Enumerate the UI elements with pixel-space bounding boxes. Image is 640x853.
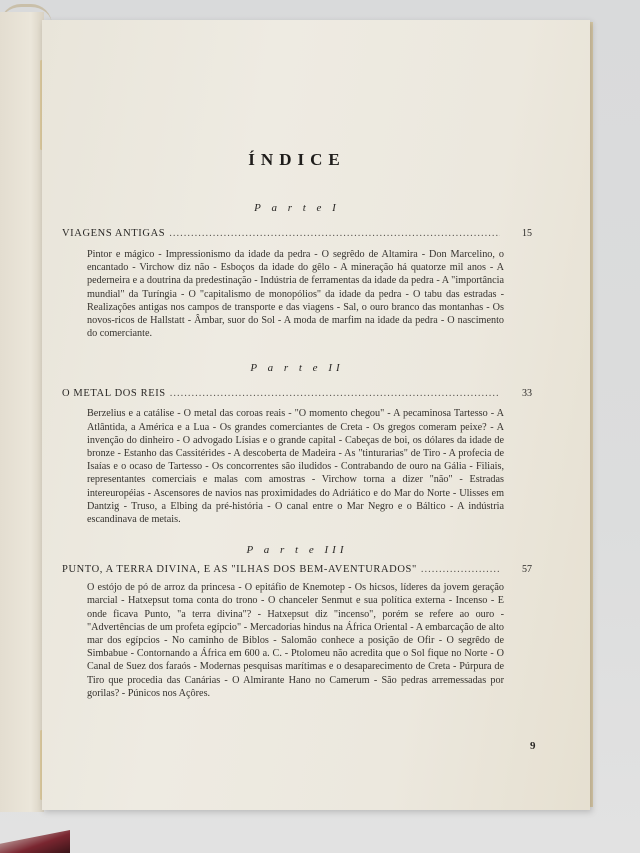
chapter-entry: O METAL DOS REIS .......................… bbox=[62, 388, 532, 399]
book-cover-corner bbox=[0, 830, 70, 853]
chapter-entry: VIAGENS ANTIGAS ........................… bbox=[62, 228, 532, 239]
leader-dots: ........................................… bbox=[169, 228, 500, 239]
toc-part-1: P a r t e I VIAGENS ANTIGAS ............… bbox=[62, 202, 532, 340]
part-heading: P a r t e I bbox=[62, 202, 532, 214]
chapter-page-number: 33 bbox=[504, 388, 532, 399]
table-of-contents: ÍNDICE P a r t e I VIAGENS ANTIGAS .....… bbox=[62, 130, 532, 700]
page-title: ÍNDICE bbox=[62, 150, 532, 170]
chapter-summary: Berzelius e a catálise - O metal das cor… bbox=[87, 407, 504, 526]
chapter-page-number: 15 bbox=[504, 228, 532, 239]
part-heading: P a r t e III bbox=[62, 544, 532, 556]
chapter-entry: PUNTO, A TERRA DIVINA, E AS "ILHAS DOS B… bbox=[62, 564, 532, 575]
chapter-page-number: 57 bbox=[504, 564, 532, 575]
page-number: 9 bbox=[530, 740, 536, 752]
chapter-title: VIAGENS ANTIGAS bbox=[62, 228, 165, 239]
left-page-edge bbox=[0, 12, 44, 812]
part-heading: P a r t e II bbox=[62, 362, 532, 374]
toc-part-3: P a r t e III PUNTO, A TERRA DIVINA, E A… bbox=[62, 544, 532, 700]
leader-dots: ........................................… bbox=[421, 564, 500, 575]
chapter-summary: Pintor e mágico - Impressionismo da idad… bbox=[87, 248, 504, 340]
chapter-title: PUNTO, A TERRA DIVINA, E AS "ILHAS DOS B… bbox=[62, 564, 417, 575]
chapter-summary: O estójo de pó de arroz da princesa - O … bbox=[87, 581, 504, 700]
chapter-title: O METAL DOS REIS bbox=[62, 388, 166, 399]
leader-dots: ........................................… bbox=[170, 388, 500, 399]
toc-part-2: P a r t e II O METAL DOS REIS ..........… bbox=[62, 362, 532, 526]
